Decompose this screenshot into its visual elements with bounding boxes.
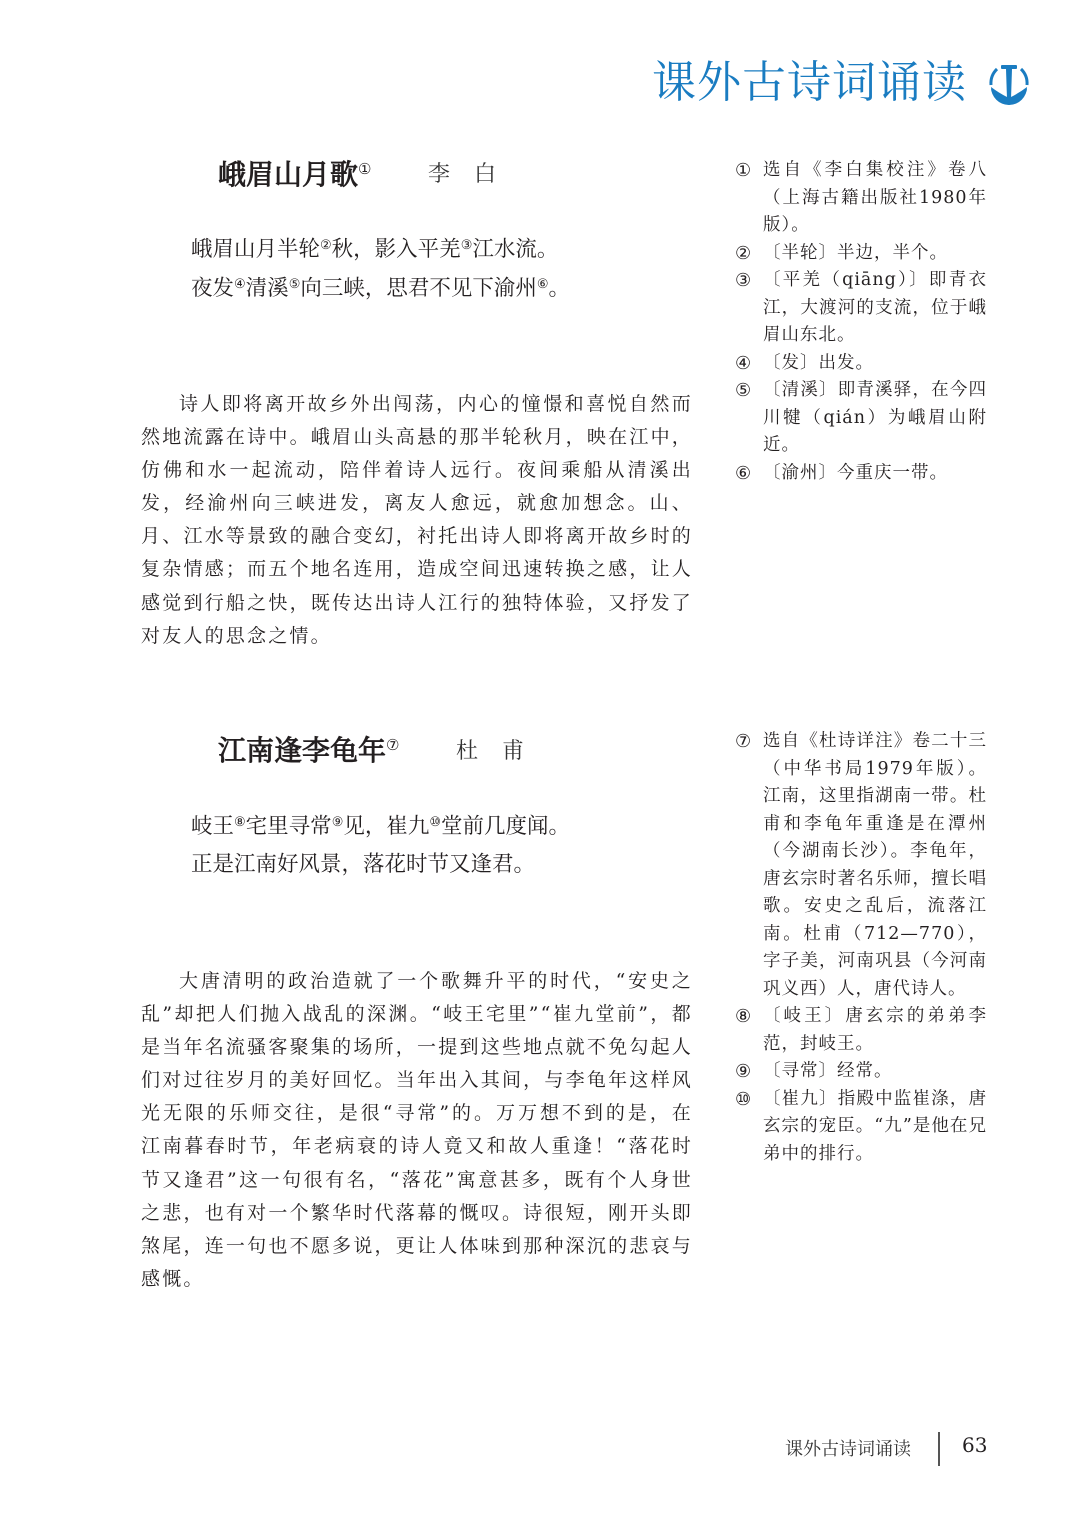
footnote-item: ④〔发〕出发。 [735,350,987,378]
verse-text: 宅里寻常 [246,814,332,839]
anchor-circle-icon [985,61,1033,109]
footnote-number: ① [735,157,763,240]
footnote-item: ⑩〔崔九〕指殿中监崔涤，唐玄宗的宠臣。“九”是他在兄弟中的排行。 [735,1086,987,1169]
commentary-text: 大唐清明的政治造就了一个歌舞升平的时代，“安史之乱”却把人们抛入战乱的深渊。“岐… [141,965,693,1296]
footnote-item: ⑥〔渝州〕今重庆一带。 [735,460,987,488]
verse-text: 正是江南好风景，落花时节又逢君。 [191,852,535,877]
verse-text: 。 [549,276,571,301]
footnote-text: 选自《李白集校注》卷八（上海古籍出版社1980年版）。 [763,157,987,240]
footnote-ref[interactable]: ④ [234,277,246,292]
footnote-item: ①选自《李白集校注》卷八（上海古籍出版社1980年版）。 [735,157,987,240]
footer-divider [938,1432,940,1466]
verse-text: 向三峡，思君不见下渝州 [300,276,537,301]
footnote-item: ⑦选自《杜诗详注》卷二十三（中华书局1979年版）。江南，这里指湖南一带。杜甫和… [735,728,987,1003]
verse-text: 见，崔九 [343,814,429,839]
poem-author: 杜甫 [456,734,548,770]
footnote-ref[interactable]: ⑨ [332,815,344,830]
commentary-paragraph: 诗人即将离开故乡外出闯荡，内心的憧憬和喜悦自然而然地流露在诗中。峨眉山头高悬的那… [141,388,693,653]
poem-line-2: 夜发④清溪⑤向三峡，思君不见下渝州⑥。 [191,273,570,305]
footnote-number: ② [735,240,763,268]
footnote-item: ⑨〔寻常〕经常。 [735,1058,987,1086]
poem-line-2: 正是江南好风景，落花时节又逢君。 [191,849,535,881]
footnote-ref[interactable]: ⑩ [429,815,441,830]
commentary-text: 诗人即将离开故乡外出闯荡，内心的憧憬和喜悦自然而然地流露在诗中。峨眉山头高悬的那… [141,388,693,653]
verse-text: 夜发 [191,276,234,301]
footnote-text: 选自《杜诗详注》卷二十三（中华书局1979年版）。江南，这里指湖南一带。杜甫和李… [763,728,987,1003]
poem-line-1: 岐王⑧宅里寻常⑨见，崔九⑩堂前几度闻。 [191,811,570,843]
footnote-number: ⑥ [735,460,763,488]
footnote-text: 〔平羌（qiāng）〕即青衣江，大渡河的支流，位于峨眉山东北。 [763,267,987,350]
poem-title-text: 江南逢李龟年 [218,734,386,767]
footnote-text: 〔崔九〕指殿中监崔涤，唐玄宗的宠臣。“九”是他在兄弟中的排行。 [763,1086,987,1169]
footnote-number: ⑦ [735,728,763,1003]
verse-text: 江水流。 [472,237,558,262]
footnotes-list: ⑦选自《杜诗详注》卷二十三（中华书局1979年版）。江南，这里指湖南一带。杜甫和… [735,728,987,1168]
poem-title: 峨眉山月歌① [218,157,371,193]
poem-title-text: 峨眉山月歌 [218,158,358,191]
footnote-ref[interactable]: ⑦ [386,736,399,754]
footnote-ref[interactable]: ⑤ [289,277,301,292]
poem-title: 江南逢李龟年⑦ [218,733,399,769]
poem-line-1: 峨眉山月半轮②秋，影入平羌③江水流。 [191,234,558,266]
verse-text: 峨眉山月半轮 [191,237,320,262]
verse-text: 岐王 [191,814,234,839]
footnote-ref[interactable]: ① [358,160,371,178]
footnote-number: ⑨ [735,1058,763,1086]
footnote-text: 〔半轮〕半边，半个。 [763,240,987,268]
footnote-number: ⑧ [735,1003,763,1058]
commentary-paragraph: 大唐清明的政治造就了一个歌舞升平的时代，“安史之乱”却把人们抛入战乱的深渊。“岐… [141,965,693,1296]
footnote-number: ④ [735,350,763,378]
footnote-text: 〔渝州〕今重庆一带。 [763,460,987,488]
footnote-number: ⑤ [735,377,763,460]
footnote-text: 〔寻常〕经常。 [763,1058,987,1086]
verse-text: 堂前几度闻。 [441,814,570,839]
footnote-text: 〔清溪〕即青溪驿，在今四川犍（qián）为峨眉山附近。 [763,377,987,460]
footnote-text: 〔发〕出发。 [763,350,987,378]
page-number: 63 [962,1433,987,1457]
footnote-number: ③ [735,267,763,350]
verse-text: 清溪 [246,276,289,301]
poem-author: 李白 [428,157,520,193]
footnote-ref[interactable]: ② [320,238,332,253]
footnote-item: ②〔半轮〕半边，半个。 [735,240,987,268]
footnotes-list: ①选自《李白集校注》卷八（上海古籍出版社1980年版）。 ②〔半轮〕半边，半个。… [735,157,987,487]
footnote-item: ⑤〔清溪〕即青溪驿，在今四川犍（qián）为峨眉山附近。 [735,377,987,460]
footnote-item: ⑧〔岐王〕唐玄宗的弟弟李范，封岐王。 [735,1003,987,1058]
verse-text: 秋，影入平羌 [332,237,461,262]
footer-section-title: 课外古诗词诵读 [785,1435,911,1461]
section-title: 课外古诗词诵读 [652,56,967,110]
footnote-item: ③〔平羌（qiāng）〕即青衣江，大渡河的支流，位于峨眉山东北。 [735,267,987,350]
footnote-text: 〔岐王〕唐玄宗的弟弟李范，封岐王。 [763,1003,987,1058]
footnote-ref[interactable]: ⑥ [537,277,549,292]
footnote-ref[interactable]: ⑧ [234,815,246,830]
footnote-ref[interactable]: ③ [461,238,473,253]
footnote-number: ⑩ [735,1086,763,1169]
